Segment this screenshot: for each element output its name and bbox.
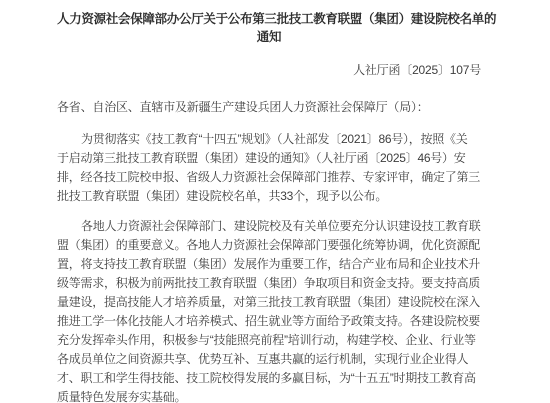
paragraph: 为贯彻落实《技工教育“十四五”规划》（人社部发〔2021〕86号），按照《关于启… (57, 130, 481, 206)
text-line: 才、职工和学生得技能、技工院校得发展的多赢目标，为“十五五”时期技工教育高 (57, 369, 481, 388)
text-line: 排，经各技工院校申报、省级人力资源社会保障部门推荐、专家评审，确定了第三 (57, 168, 481, 187)
text-line: 各地人力资源社会保障部门、建设院校及有关单位要充分认识建设技工教育联 (57, 217, 481, 236)
text-line: 质量特色发展夯实基础。 (57, 388, 481, 403)
text-line: 充分发挥牵头作用，积极参与“技能照亮前程”培训行动，构建学校、企业、行业等 (57, 331, 481, 350)
text-line: 盟（集团）的重要意义。各地人力资源社会保障部门要强化统筹协调，优化资源配 (57, 236, 481, 255)
document-page: 人力资源社会保障部办公厅关于公布第三批技工教育联盟（集团）建设院校名单的通知 人… (0, 0, 550, 403)
document-content: 人力资源社会保障部办公厅关于公布第三批技工教育联盟（集团）建设院校名单的通知 人… (0, 0, 550, 403)
text-line: 推进工学一体化技能人才培养模式、招生就业等方面给予政策支持。各建设院校要 (57, 312, 481, 331)
document-title-line: 人力资源社会保障部办公厅关于公布第三批技工教育联盟（集团）建设院校名单的 (57, 10, 481, 28)
text-line: 置，将支持技工教育联盟（集团）发展作为重要工作，结合产业布局和企业技术升 (57, 255, 481, 274)
text-line: 于启动第三批技工教育联盟（集团）建设的通知》（人社厅函〔2025〕46号）安 (57, 149, 481, 168)
salutation: 各省、自治区、直辖市及新疆生产建设兵团人力资源社会保障厅（局）： (57, 98, 481, 117)
document-title-line: 通知 (57, 28, 481, 46)
paragraph: 各地人力资源社会保障部门、建设院校及有关单位要充分认识建设技工教育联盟（集团）的… (57, 217, 481, 403)
document-body: 为贯彻落实《技工教育“十四五”规划》（人社部发〔2021〕86号），按照《关于启… (57, 130, 481, 403)
text-line: 级等需求，积极为前两批技工教育联盟（集团）争取项目和资金支持。要支持高质 (57, 274, 481, 293)
text-line: 批技工教育联盟（集团）建设院校名单，共33个，现予以公布。 (57, 187, 481, 206)
text-line: 为贯彻落实《技工教育“十四五”规划》（人社部发〔2021〕86号），按照《关 (57, 130, 481, 149)
text-line: 量建设，提高技能人才培养质量，对第三批技工教育联盟（集团）建设院校在深入 (57, 293, 481, 312)
document-title: 人力资源社会保障部办公厅关于公布第三批技工教育联盟（集团）建设院校名单的通知 (57, 10, 481, 46)
text-line: 各成员单位之间资源共享、优势互补、互惠共赢的运行机制，实现行业企业得人 (57, 350, 481, 369)
document-number: 人社厅函〔2025〕107号 (57, 61, 481, 80)
